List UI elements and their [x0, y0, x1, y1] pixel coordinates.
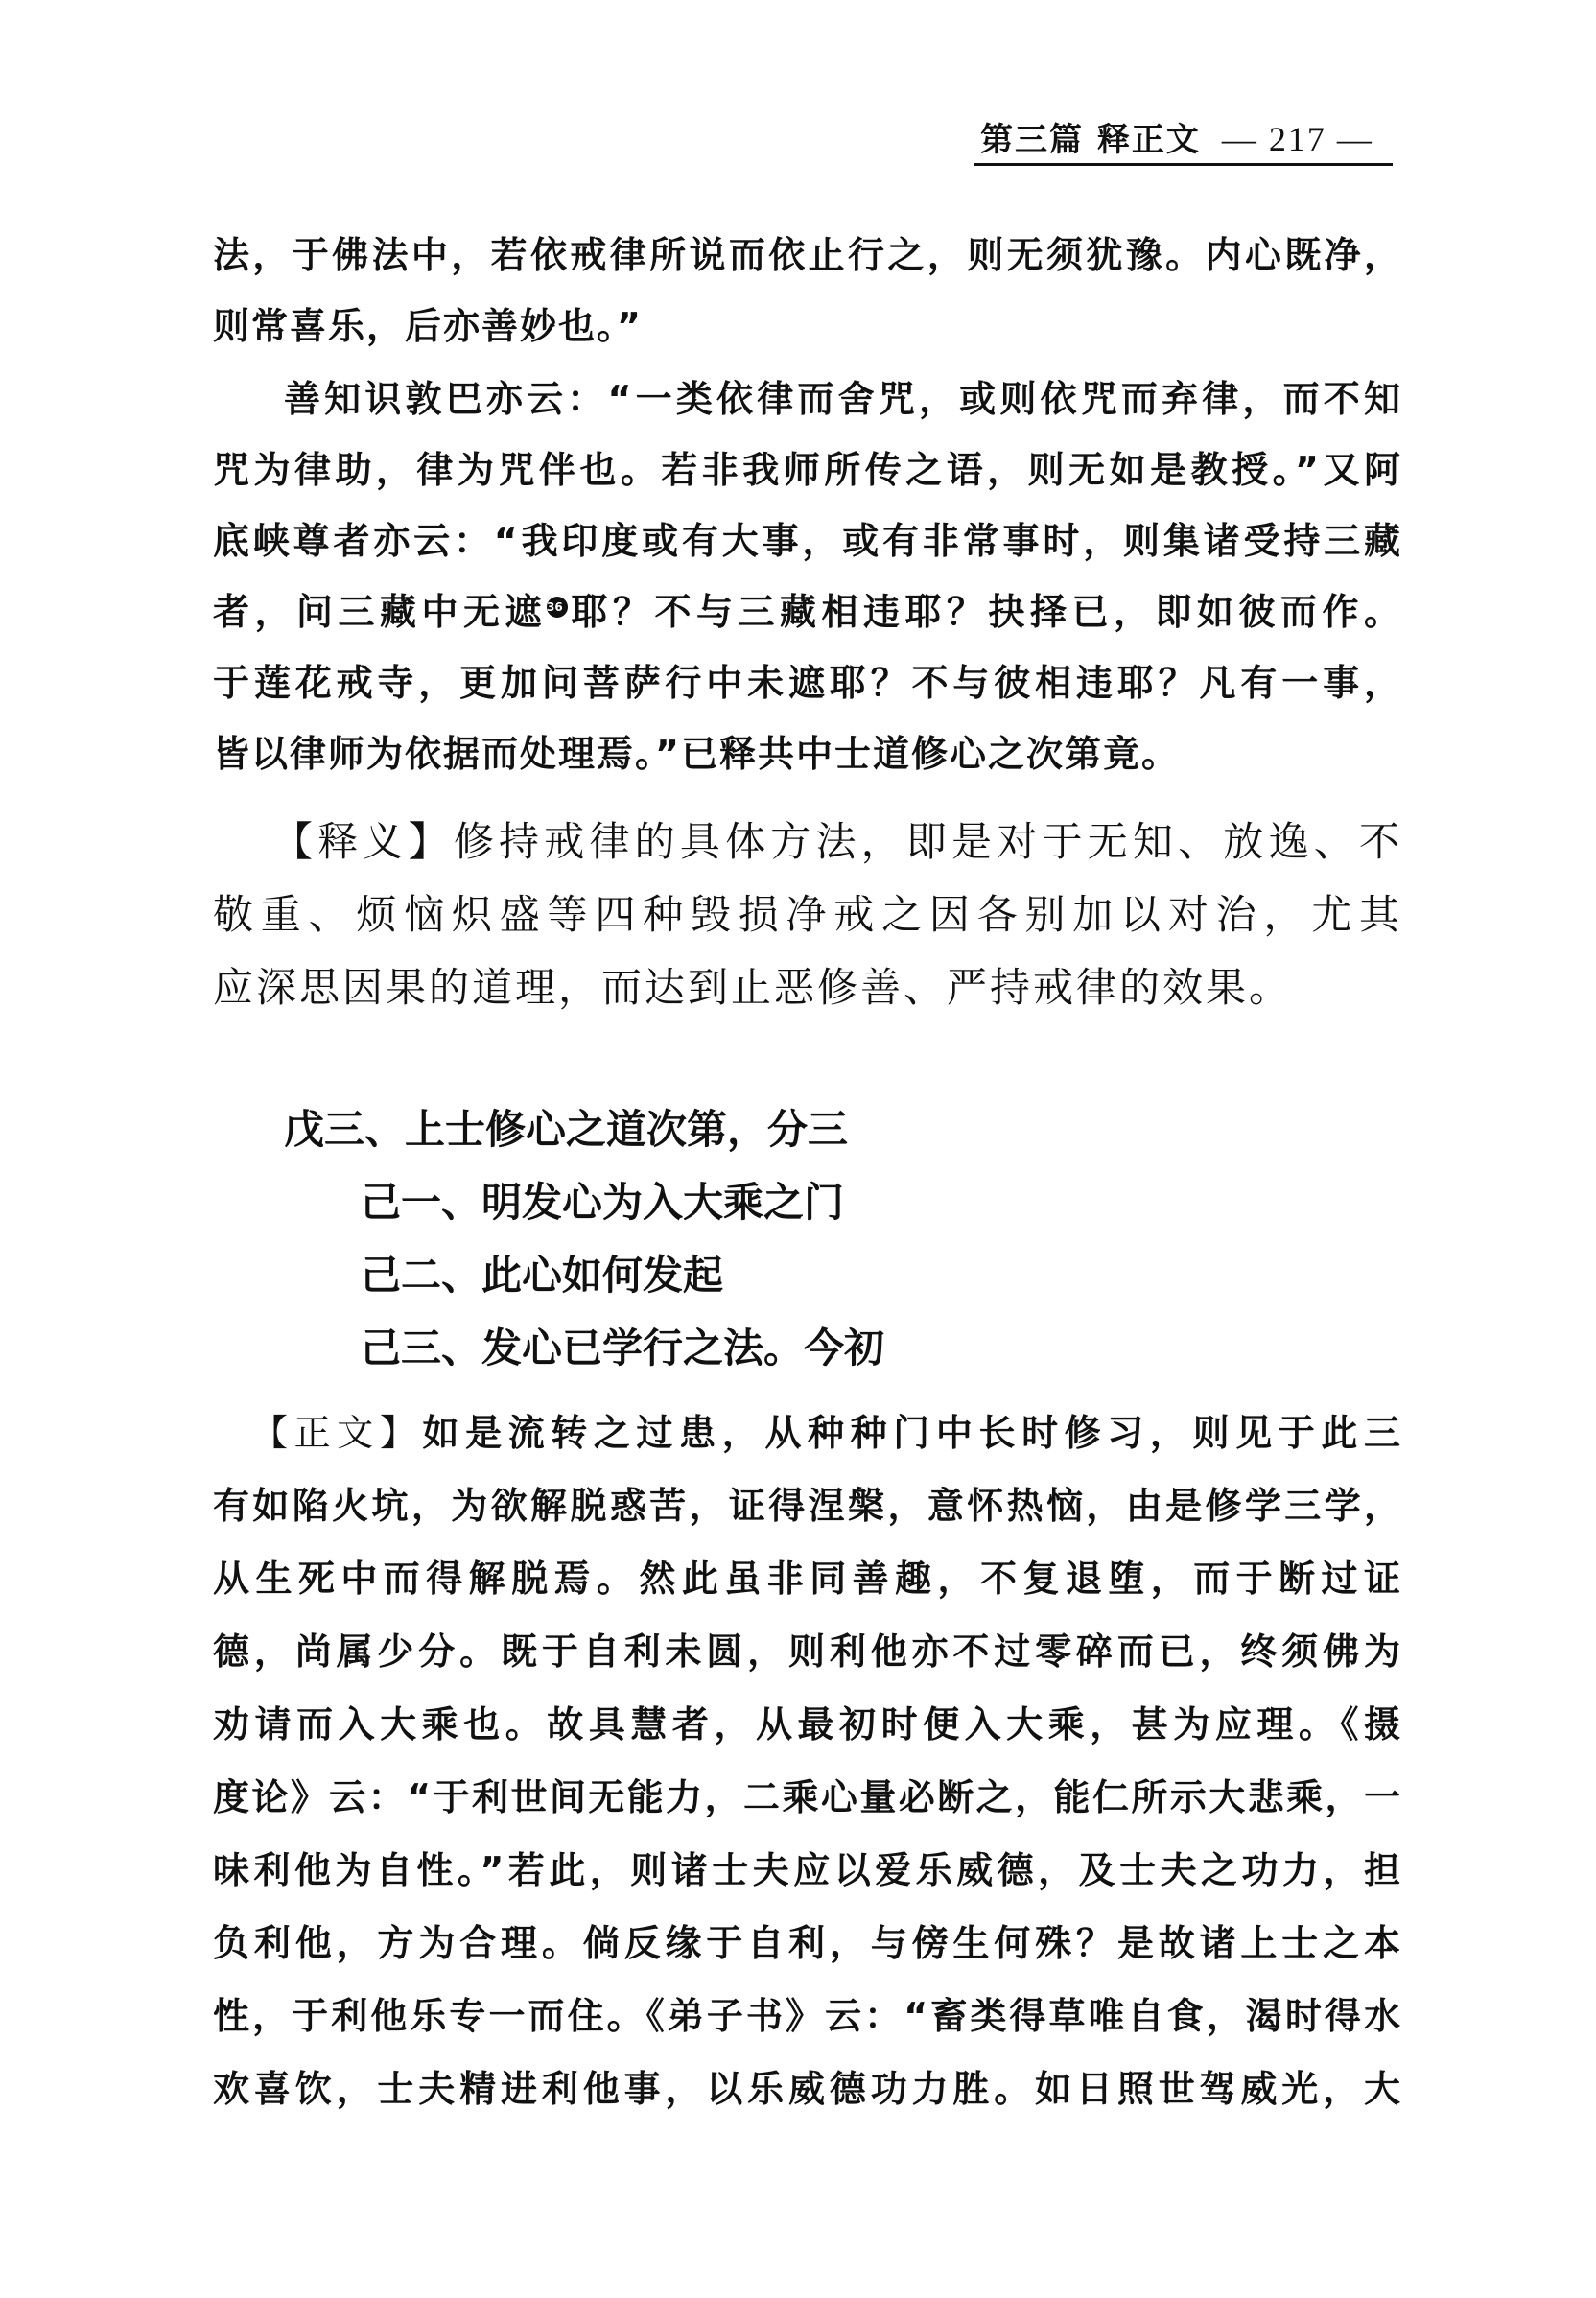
main-text-line: 味利他为自性。”若此，则诸士夫应以爱乐威德，及士夫之功力，担 [213, 1845, 1402, 1895]
main-text-line: 负利他，方为合理。倘反缘于自利，与傍生何殊？是故诸上士之本 [213, 1918, 1402, 1968]
text-line-with-footnote: 者，问三藏中无遮36耶？不与三藏相违耶？抉择已，即如彼而作。 [213, 587, 1402, 637]
text-line: 于莲花戒寺，更加问菩萨行中未遮耶？不与彼相违耶？凡有一事， [213, 658, 1402, 708]
text-line: 底峡尊者亦云：“我印度或有大事，或有非常事时，则集诸受持三藏 [213, 516, 1402, 566]
main-text-line: 性，于利他乐专一而住。《弟子书》云：“畜类得草唯自食，渴时得水 [213, 1991, 1402, 2041]
text-line: 咒为律助，律为咒伴也。若非我师所传之语，则无如是教授。”又阿 [213, 445, 1402, 495]
commentary-line: 敬重、烦恼炽盛等四种毁损净戒之因各别加以对治，尤其 [213, 890, 1402, 940]
main-text-label: 【正文】 [251, 1412, 422, 1454]
commentary-line: 应深思因果的道理，而达到止恶修善、严持戒律的效果。 [213, 963, 1402, 1013]
text-segment: 耶？不与三藏相违耶？抉择已，即如彼而作。 [568, 591, 1402, 633]
main-text-line: 劝请而入大乘也。故具慧者，从最初时便入大乘，甚为应理。《摄 [213, 1700, 1402, 1749]
main-text-line: 德，尚属少分。既于自利未圆，则利他亦不过零碎而已，终须佛为 [213, 1627, 1402, 1677]
text-line: 皆以律师为依据而处理焉。”已释共中士道修心之次第竟。 [213, 729, 1402, 779]
commentary-line: 【释义】修持戒律的具体方法，即是对于无知、放逸、不 [272, 817, 1402, 867]
chapter-title: 第三篇 释正文 [980, 121, 1201, 159]
commentary-label: 【释义】 [272, 818, 454, 865]
running-header: 第三篇 释正文— 217 — [980, 117, 1402, 161]
main-text-line: 【正文】如是流转之过患，从种种门中长时修习，则见于此三 [251, 1408, 1402, 1458]
text-line: 法，于佛法中，若依戒律所说而依止行之，则无须犹豫。内心既净， [213, 230, 1402, 280]
subsection-heading: 己一、明发心为入大乘之门 [361, 1176, 844, 1230]
text-line: 则常喜乐，后亦善妙也。” [213, 301, 1402, 351]
text-segment: 者，问三藏中无遮 [213, 591, 547, 633]
footnote-marker[interactable]: 36 [547, 597, 568, 618]
text-segment: 如是流转之过患，从种种门中长时修习，则见于此三 [422, 1412, 1402, 1454]
header-divider [974, 163, 1393, 166]
text-segment: 修持戒律的具体方法，即是对于无知、放逸、不 [454, 818, 1402, 865]
main-text-line: 欢喜饮，士夫精进利他事，以乐威德功力胜。如日照世驾威光，大 [213, 2064, 1402, 2114]
main-text-line: 度论》云：“于利世间无能力，二乘心量必断之，能仁所示大悲乘，一 [213, 1772, 1402, 1822]
main-text-line: 从生死中而得解脱焉。然此虽非同善趣，不复退堕，而于断过证 [213, 1554, 1402, 1604]
section-heading: 戊三、上士修心之道次第，分三 [284, 1103, 848, 1157]
text-line: 善知识敦巴亦云：“一类依律而舍咒，或则依咒而弃律，而不知 [284, 374, 1402, 424]
subsection-heading: 己二、此心如何发起 [361, 1249, 723, 1302]
main-text-line: 有如陷火坑，为欲解脱惑苦，证得涅槃，意怀热恼，由是修学三学， [213, 1481, 1402, 1531]
subsection-heading: 己三、发心已学行之法。今初 [361, 1322, 884, 1375]
page-number: — 217 — [1222, 120, 1373, 158]
